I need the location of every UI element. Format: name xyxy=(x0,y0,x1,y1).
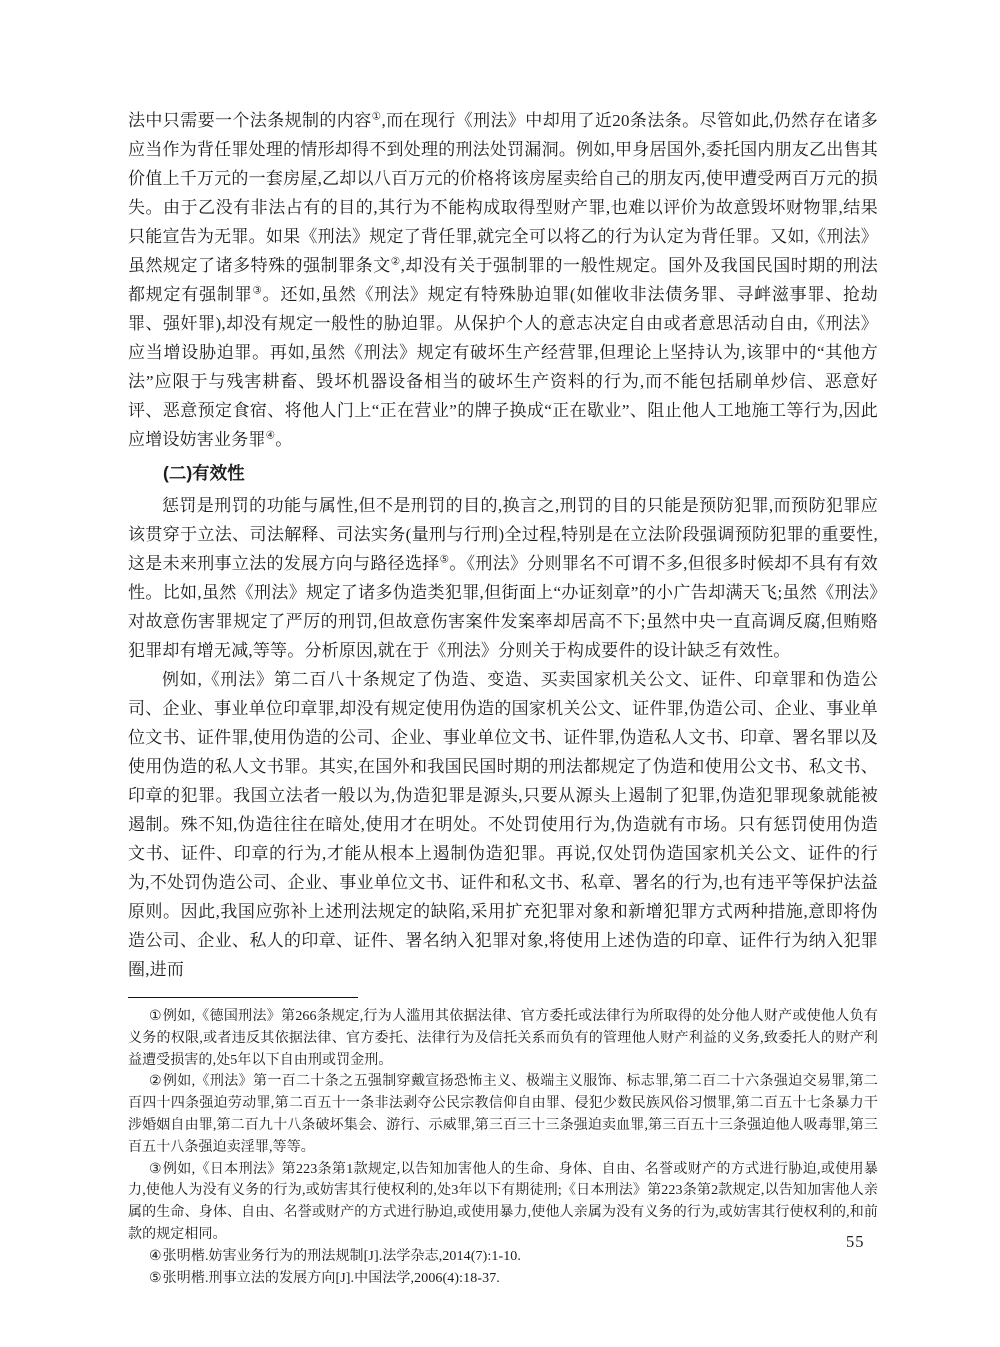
journal-page: 法中只需要一个法条规制的内容①,而在现行《刑法》中却用了近20条法条。尽管如此,… xyxy=(0,0,1000,1347)
footnote-1-marker: ① xyxy=(149,1009,162,1024)
footnote-2: ②例如,《刑法》第一百二十条之五强制穿戴宣扬恐怖主义、极端主义服饰、标志罪,第二… xyxy=(128,1071,878,1158)
footnote-2-marker: ② xyxy=(149,1074,162,1089)
section-heading-effectiveness: (二)有效性 xyxy=(128,459,878,488)
footnotes-block: ①例如,《德国刑法》第266条规定,行为人滥用其依据法律、官方委托或法律行为所取… xyxy=(128,1006,878,1289)
footnote-5-text: 张明楷.刑事立法的发展方向[J].中国法学,2006(4):18-37. xyxy=(163,1271,500,1286)
footnote-4: ④张明楷.妨害业务行为的刑法规制[J].法学杂志,2014(7):1-10. xyxy=(128,1246,878,1268)
body-paragraph-3: 例如,《刑法》第二百八十条规定了伪造、变造、买卖国家机关公文、证件、印章罪和伪造… xyxy=(128,665,878,984)
footnote-separator-rule xyxy=(128,997,358,998)
footnote-2-text: 例如,《刑法》第一百二十条之五强制穿戴宣扬恐怖主义、极端主义服饰、标志罪,第二百… xyxy=(128,1074,878,1154)
footnote-4-marker: ④ xyxy=(149,1249,162,1264)
footnote-4-text: 张明楷.妨害业务行为的刑法规制[J].法学杂志,2014(7):1-10. xyxy=(163,1249,521,1264)
body-paragraph-continued: 法中只需要一个法条规制的内容①,而在现行《刑法》中却用了近20条法条。尽管如此,… xyxy=(128,106,878,454)
footnote-3-marker: ③ xyxy=(149,1162,162,1177)
footnote-1-text: 例如,《德国刑法》第266条规定,行为人滥用其依据法律、官方委托或法律行为所取得… xyxy=(128,1009,878,1068)
footnote-5: ⑤张明楷.刑事立法的发展方向[J].中国法学,2006(4):18-37. xyxy=(128,1268,878,1290)
page-content: 法中只需要一个法条规制的内容①,而在现行《刑法》中却用了近20条法条。尽管如此,… xyxy=(128,106,878,1289)
footnote-3-text: 例如,《日本刑法》第223条第1款规定,以告知加害他人的生命、身体、自由、名誉或… xyxy=(128,1162,878,1242)
footnote-1: ①例如,《德国刑法》第266条规定,行为人滥用其依据法律、官方委托或法律行为所取… xyxy=(128,1006,878,1071)
footnote-3: ③例如,《日本刑法》第223条第1款规定,以告知加害他人的生命、身体、自由、名誉… xyxy=(128,1159,878,1246)
body-paragraph-2: 惩罚是刑罚的功能与属性,但不是刑罚的目的,换言之,刑罚的目的只能是预防犯罪,而预… xyxy=(128,491,878,665)
footnote-5-marker: ⑤ xyxy=(149,1271,162,1286)
page-number: 55 xyxy=(846,1232,865,1252)
